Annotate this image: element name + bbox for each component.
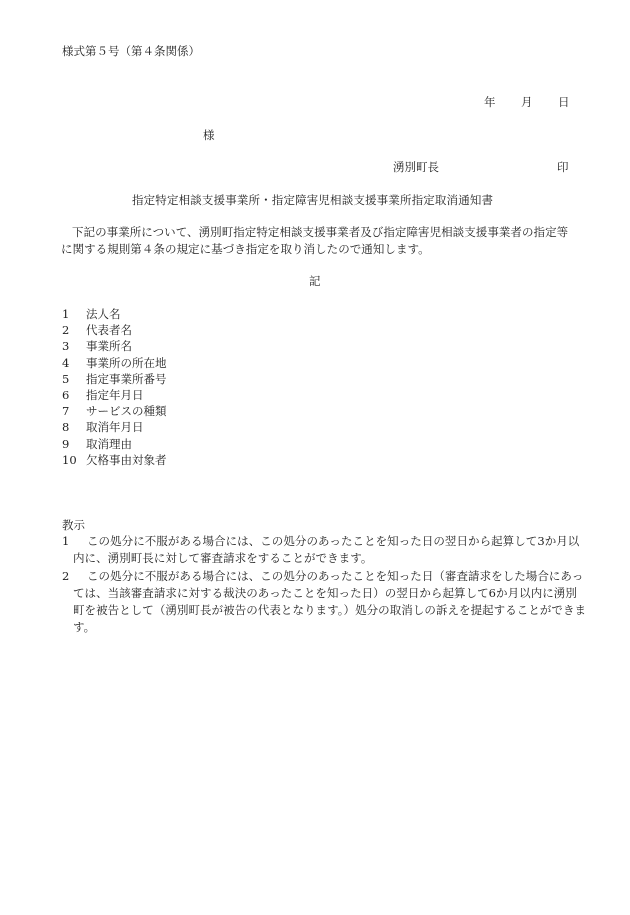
item-label: 取消理由	[86, 436, 132, 452]
list-item: 1法人名	[62, 306, 167, 322]
item-list: 1法人名 2代表者名 3事業所名 4事業所の所在地 5指定事業所番号 6指定年月…	[62, 306, 167, 468]
item-number: 7	[62, 403, 86, 419]
item-label: 事業所の所在地	[86, 355, 167, 371]
list-item: 10欠格事由対象者	[62, 452, 167, 468]
notice-number: 2	[62, 568, 73, 585]
list-item: 9取消理由	[62, 436, 167, 452]
date-line: 年月日	[484, 94, 570, 110]
notice-number: 1	[62, 533, 73, 550]
form-number: 様式第５号（第４条関係）	[62, 43, 200, 59]
item-label: 事業所名	[86, 338, 132, 354]
list-item: 3事業所名	[62, 338, 167, 354]
day-label: 日	[558, 94, 570, 110]
item-number: 8	[62, 419, 86, 435]
item-label: サービスの種類	[86, 403, 167, 419]
notice-item: 2この処分に不服がある場合には、この処分のあったことを知った日（審査請求をした場…	[62, 568, 588, 636]
list-item: 4事業所の所在地	[62, 355, 167, 371]
list-item: 6指定年月日	[62, 387, 167, 403]
document-title: 指定特定相談支援事業所・指定障害児相談支援事業所指定取消通知書	[132, 192, 493, 208]
addressee-suffix: 様	[203, 127, 215, 143]
item-number: 9	[62, 436, 86, 452]
year-label: 年	[484, 94, 521, 110]
notice-text: この処分に不服がある場合には、この処分のあったことを知った日（審査請求をした場合…	[73, 569, 586, 634]
list-item: 5指定事業所番号	[62, 371, 167, 387]
item-number: 10	[62, 452, 86, 468]
notice-item: 1この処分に不服がある場合には、この処分のあったことを知った日の翌日から起算して…	[62, 533, 588, 567]
item-number: 5	[62, 371, 86, 387]
list-item: 2代表者名	[62, 322, 167, 338]
item-number: 2	[62, 322, 86, 338]
month-label: 月	[521, 94, 558, 110]
item-number: 4	[62, 355, 86, 371]
sender-name: 湧別町長	[393, 159, 439, 175]
list-item: 7サービスの種類	[62, 403, 167, 419]
ki-heading: 記	[309, 273, 321, 289]
item-number: 1	[62, 306, 86, 322]
item-number: 6	[62, 387, 86, 403]
body-paragraph: 下記の事業所について、湧別町指定特定相談支援事業者及び指定障害児相談支援事業者の…	[61, 224, 576, 258]
seal-mark: 印	[557, 159, 569, 175]
notice-heading: 教示	[62, 517, 85, 533]
item-label: 代表者名	[86, 322, 132, 338]
item-label: 法人名	[86, 306, 121, 322]
item-label: 欠格事由対象者	[86, 452, 167, 468]
notice-text: この処分に不服がある場合には、この処分のあったことを知った日の翌日から起算して3…	[73, 534, 579, 565]
item-label: 指定事業所番号	[86, 371, 167, 387]
item-number: 3	[62, 338, 86, 354]
list-item: 8取消年月日	[62, 419, 167, 435]
item-label: 指定年月日	[86, 387, 144, 403]
item-label: 取消年月日	[86, 419, 144, 435]
